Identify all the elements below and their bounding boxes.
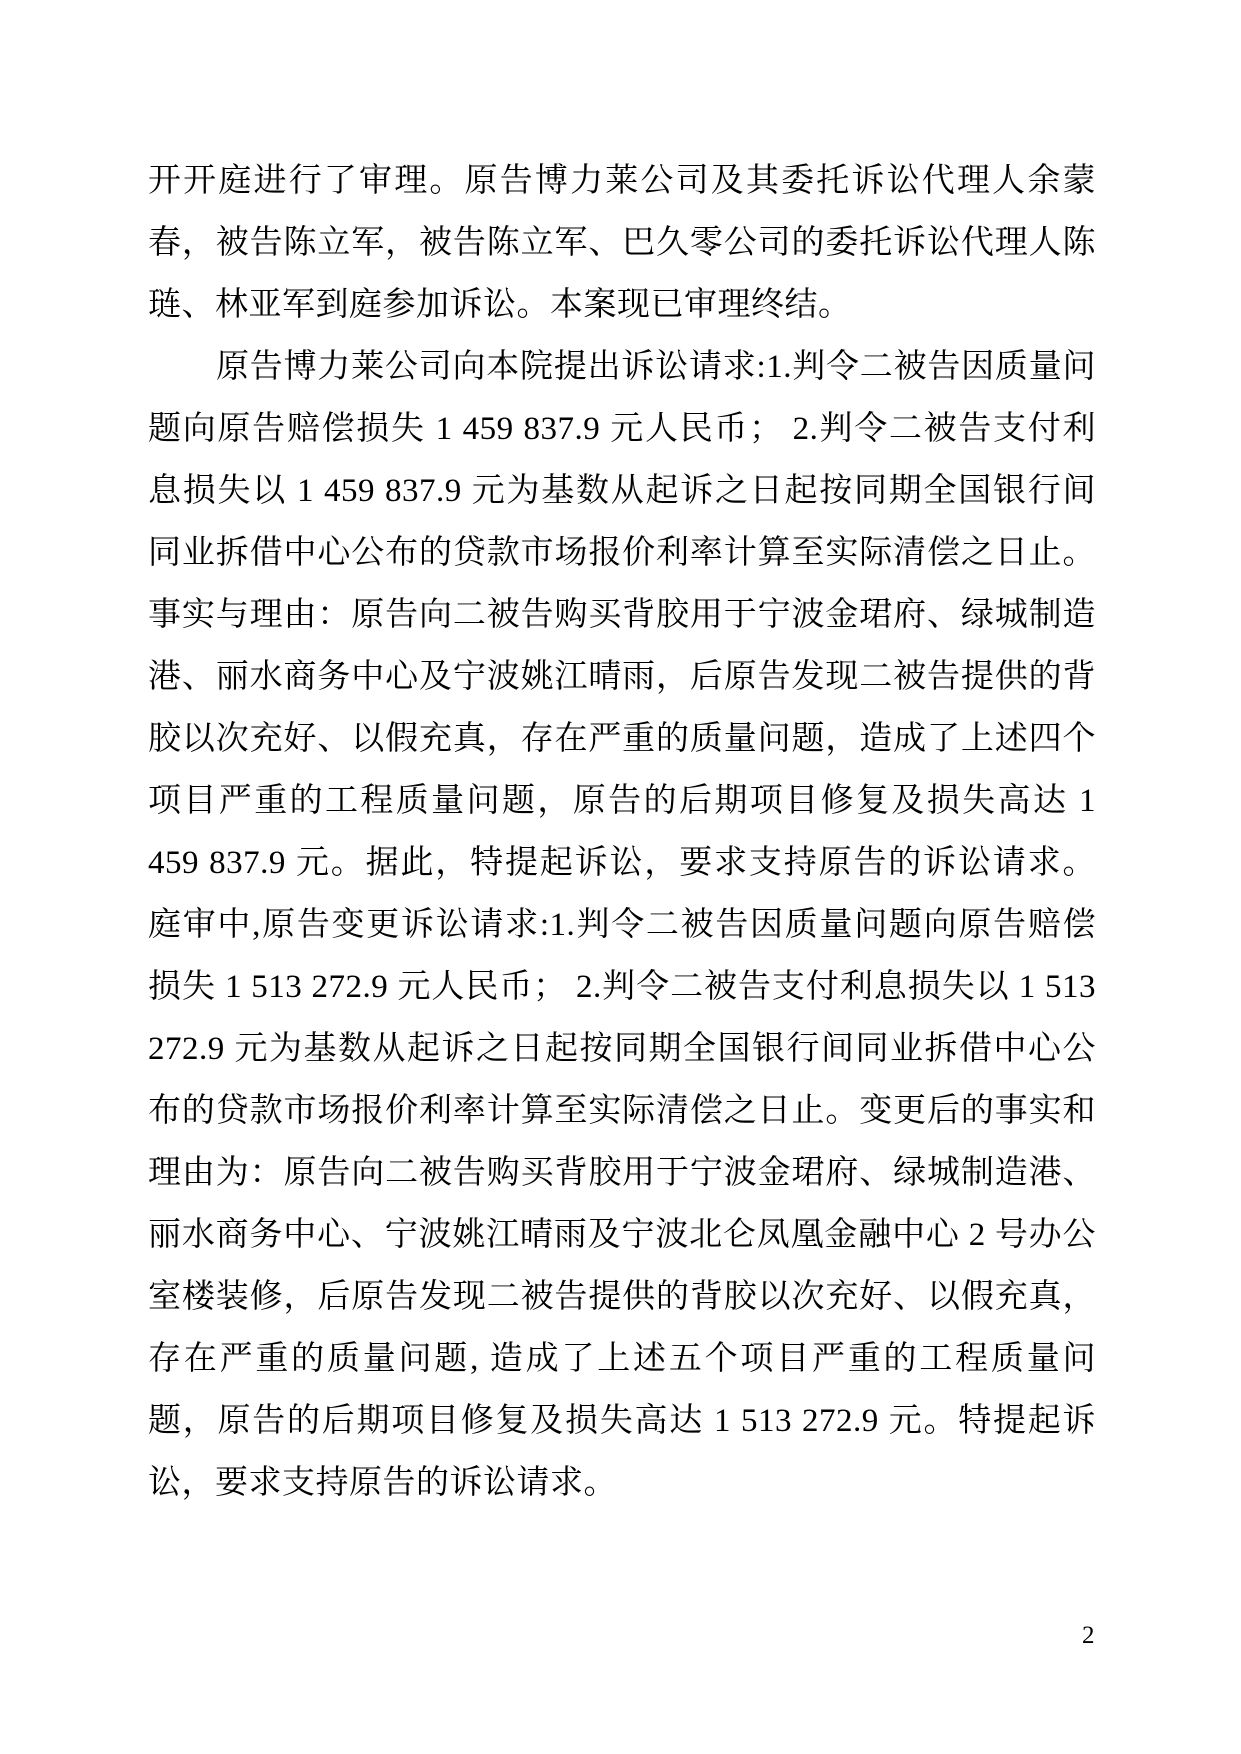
paragraph-plaintiff-claims: 原告博力莱公司向本院提出诉讼请求:1.判令二被告因质量问题向原告赔偿损失 1 4… <box>148 336 1096 1514</box>
page-number: 2 <box>1082 1620 1095 1652</box>
document-page: 开开庭进行了审理。原告博力莱公司及其委托诉讼代理人余蒙春，被告陈立军，被告陈立军… <box>0 0 1241 1754</box>
body-text-block: 开开庭进行了审理。原告博力莱公司及其委托诉讼代理人余蒙春，被告陈立军，被告陈立军… <box>148 150 1096 1514</box>
paragraph-hearing-conclusion: 开开庭进行了审理。原告博力莱公司及其委托诉讼代理人余蒙春，被告陈立军，被告陈立军… <box>148 150 1096 336</box>
